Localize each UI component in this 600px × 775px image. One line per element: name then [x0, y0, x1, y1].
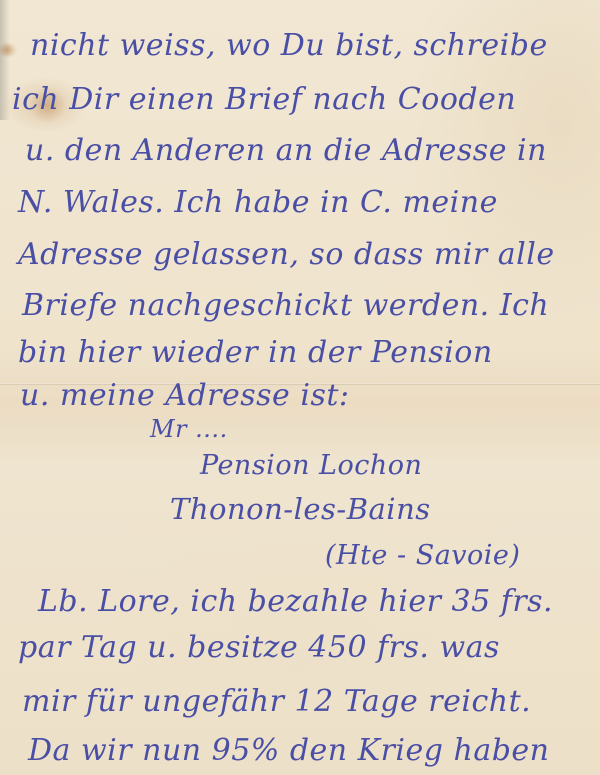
address-line-1: Pension Lochon: [200, 450, 422, 481]
address-line-3: (Hte - Savoie): [325, 540, 520, 571]
letter-line: bin hier wieder in der Pension: [18, 335, 493, 370]
address-line-2: Thonon-les-Bains: [170, 492, 431, 526]
letter-line: Lb. Lore, ich bezahle hier 35 frs.: [38, 584, 553, 619]
page-edge-shadow: [0, 0, 10, 120]
letter-line: Adresse gelassen, so dass mir alle: [18, 237, 555, 272]
letter-line: nicht weiss, wo Du bist, schreibe: [30, 28, 548, 63]
letter-line: u. meine Adresse ist:: [20, 378, 350, 413]
letter-line: Briefe nachgeschickt werden. Ich: [22, 288, 549, 323]
paper-stain: [0, 42, 14, 58]
letter-line: par Tag u. besitze 450 frs. was: [18, 630, 500, 665]
letter-line: mir für ungefähr 12 Tage reicht.: [22, 684, 531, 719]
letter-line: ich Dir einen Brief nach Cooden: [12, 82, 516, 117]
letter-line: u. den Anderen an die Adresse in: [25, 133, 547, 168]
letter-page: nicht weiss, wo Du bist, schreibe ich Di…: [0, 0, 600, 775]
letter-line: Da wir nun 95% den Krieg haben: [28, 733, 549, 768]
address-name: Mr ....: [150, 415, 228, 443]
letter-line: N. Wales. Ich habe in C. meine: [18, 185, 498, 220]
